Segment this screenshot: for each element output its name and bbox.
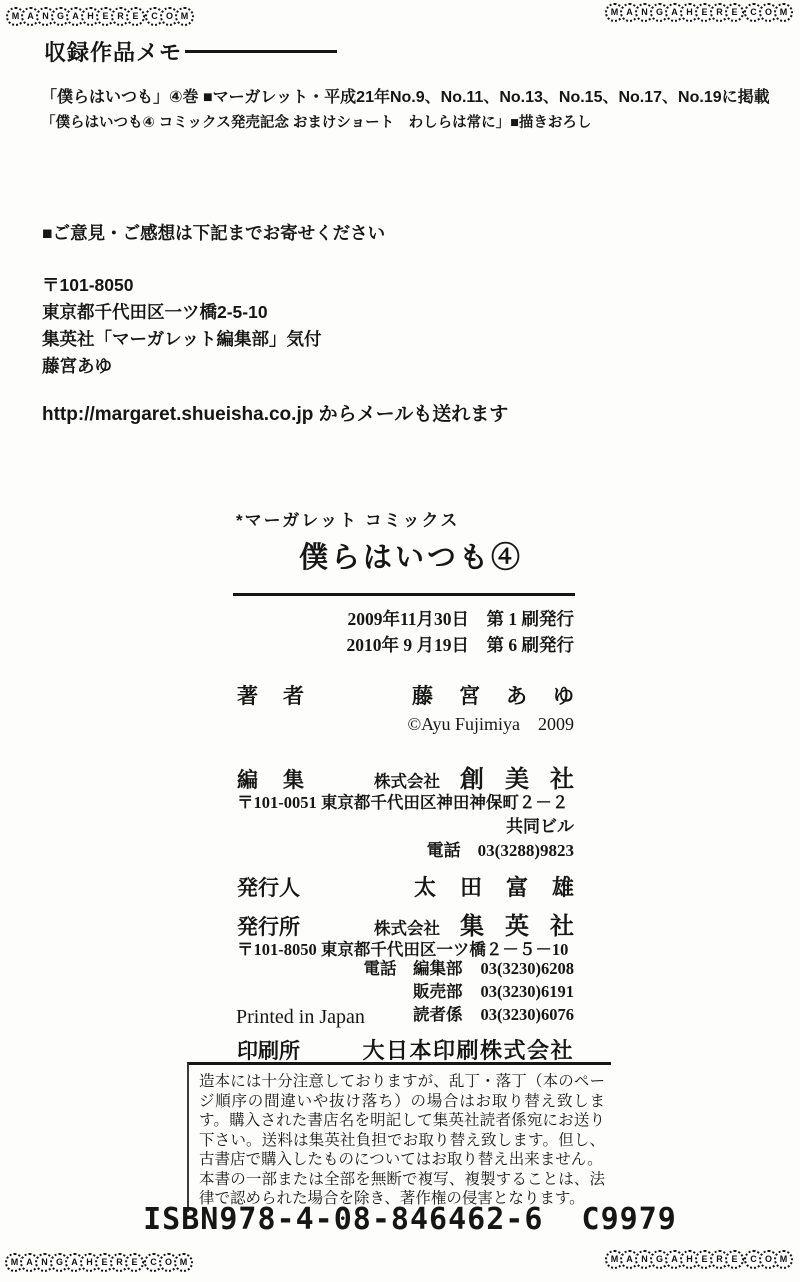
watermark-letter: M — [774, 1250, 793, 1269]
editor-phone: 電話 03(3288)9823 — [237, 836, 574, 861]
watermark-bottom-right: MANGAHERE.COM — [605, 1250, 793, 1269]
phone-row: 販売部 03(3230)6191 — [237, 980, 574, 1003]
printing-line: 2009年11月30日 第 1 刷発行 — [237, 606, 574, 632]
watermark-letter: M — [774, 3, 793, 22]
phone-row: 電話 編集部 03(3230)6208 — [237, 957, 574, 980]
phone-label: 読者係 — [413, 1003, 463, 1026]
editor-address: 〒101-0051 東京都千代田区神田神保町２－２ — [237, 789, 568, 813]
phone-number: 03(3230)6191 — [481, 980, 575, 1003]
copyright-line: ©Ayu Fujimiya 2009 — [237, 710, 574, 736]
divider-rule — [233, 593, 575, 596]
watermark-top-left: MANGAHERE.COM — [6, 7, 194, 26]
watermark-top-right: MANGAHERE.COM — [605, 3, 793, 22]
memo-entry-1: 「僕らはいつも」④巻 ■マーガレット・平成21年No.9、No.11、No.13… — [41, 84, 770, 107]
phone-number: 03(3230)6076 — [481, 1003, 575, 1026]
author-row: 著者 藤宮あゆ — [237, 680, 574, 710]
phone-label: 販売部 — [413, 980, 463, 1003]
printing-history: 2009年11月30日 第 1 刷発行2010年 9 月19日 第 6 刷発行 — [237, 606, 574, 658]
legal-notice-box: 造本には十分注意しておりますが、乱丁・落丁（本のページ順序の間違いや抜け落ち）の… — [187, 1062, 611, 1212]
printer-company-name: 大日本印刷株式会社 — [362, 1034, 574, 1065]
printer-label: 印刷所 — [237, 1035, 300, 1065]
memo-heading-rule — [185, 50, 337, 53]
publisher-person-label: 発行人 — [237, 872, 300, 902]
watermark-letter: M — [175, 7, 194, 26]
book-title: 僕らはいつも④ — [299, 535, 523, 576]
feedback-address: 〒101-8050東京都千代田区一ツ橋2-5-10集英社「マーガレット編集部」気… — [42, 272, 321, 380]
memo-entry-2: 「僕らはいつも④ コミックス発売記念 おまけショート わしらは常に」■描きおろし — [41, 111, 591, 132]
address-line: 集英社「マーガレット編集部」気付 — [42, 326, 321, 353]
author-label: 著者 — [237, 680, 329, 710]
editor-building: 共同ビル — [237, 812, 574, 837]
printed-in-japan: Printed in Japan — [236, 1006, 365, 1029]
watermark-letter: E — [725, 3, 744, 22]
memo-heading: 収録作品メモ — [44, 36, 337, 67]
phone-label: 電話 編集部 — [364, 957, 463, 980]
watermark-letter: E — [126, 7, 145, 26]
legal-paragraph: 造本には十分注意しておりますが、乱丁・落丁（本のページ順序の間違いや抜け落ち）の… — [199, 1072, 605, 1170]
watermark-bottom-left: MANGAHERE.COM — [5, 1253, 193, 1272]
site-url-note: http://margaret.shueisha.co.jp からメールも送れま… — [42, 399, 508, 426]
address-line: 藤宮あゆ — [42, 353, 321, 380]
phone-number: 03(3230)6208 — [481, 957, 575, 980]
author-name: 藤宮あゆ — [412, 680, 600, 710]
isbn-line: ISBN978-4-08-846462-6 C9979 — [140, 1202, 680, 1237]
publisher-person-row: 発行人 太田富雄 — [237, 871, 574, 902]
watermark-letter: E — [125, 1253, 144, 1272]
feedback-heading: ■ご意見・ご感想は下記までお寄せください — [42, 220, 385, 245]
address-line: 東京都千代田区一ツ橋2-5-10 — [42, 299, 321, 326]
address-line: 〒101-8050 — [42, 272, 321, 299]
publisher-person-name: 太田富雄 — [414, 871, 598, 902]
printing-line: 2010年 9 月19日 第 6 刷発行 — [237, 632, 574, 658]
series-imprint: *マーガレット コミックス — [236, 506, 459, 531]
memo-heading-text: 収録作品メモ — [44, 36, 182, 67]
watermark-letter: E — [725, 1250, 744, 1269]
printer-row: 印刷所 大日本印刷株式会社 — [237, 1034, 574, 1065]
watermark-letter: M — [174, 1253, 193, 1272]
manga-colophon-page: MANGAHERE.COM MANGAHERE.COM MANGAHERE.CO… — [0, 0, 800, 1282]
